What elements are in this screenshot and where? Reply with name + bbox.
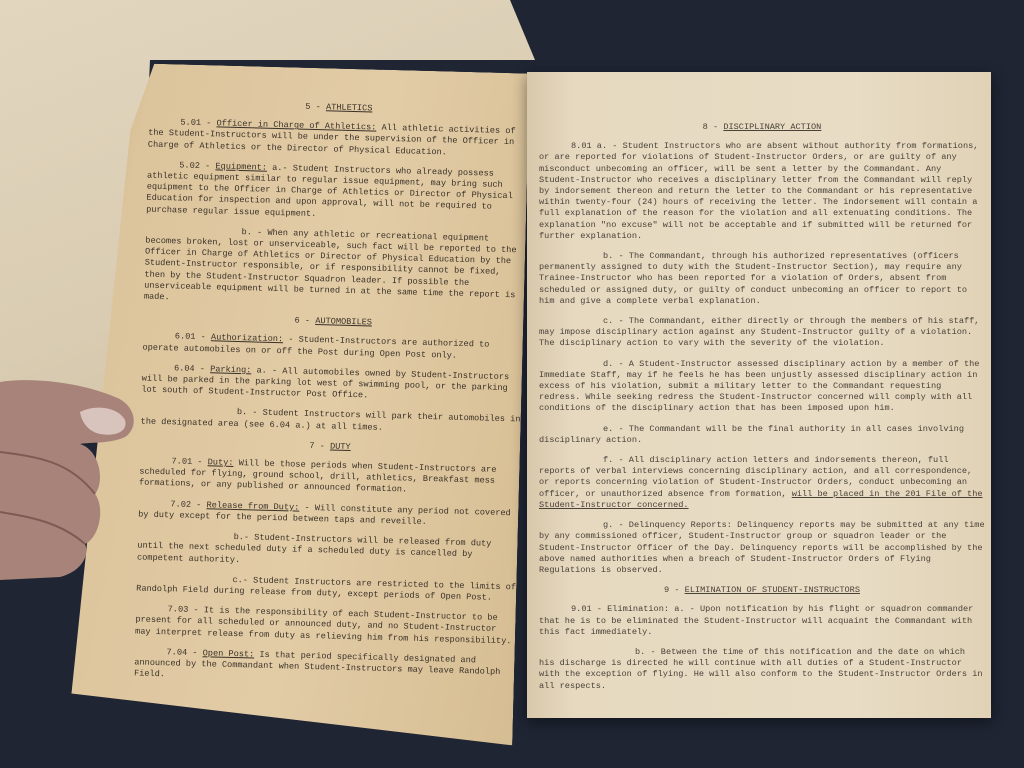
para-title: Elimination:: [607, 604, 669, 614]
para-text: b. - Between the time of this notificati…: [539, 647, 983, 691]
right-page-content: 8 - DISCIPLINARY ACTION 8.01 a. - Studen…: [539, 116, 985, 701]
section-title: DISCIPLINARY ACTION: [723, 122, 821, 132]
section-heading-disciplinary-action: 8 - DISCIPLINARY ACTION: [539, 122, 985, 133]
paragraph-5-02b: b. - When any athletic or recreational e…: [144, 224, 526, 312]
left-page: 5 - ATHLETICS 5.01 - Officer in Charge o…: [70, 62, 529, 745]
paragraph-9-01b: b. - Between the time of this notificati…: [539, 647, 985, 692]
left-page-content: 5 - ATHLETICS 5.01 - Officer in Charge o…: [134, 92, 530, 699]
para-title: Duty:: [208, 457, 234, 468]
paragraph-8-01f: f. - All disciplinary action letters and…: [539, 455, 985, 511]
para-text: Student Instructors who are absent witho…: [539, 141, 978, 241]
para-lead: 7.01 -: [171, 456, 202, 467]
paragraph-8-01c: c. - The Commandant, either directly or …: [539, 316, 985, 350]
paragraph-8-01b: b. - The Commandant, through his authori…: [539, 251, 985, 307]
right-page: 8 - DISCIPLINARY ACTION 8.01 a. - Studen…: [527, 72, 991, 718]
para-title: Parking:: [210, 364, 252, 375]
section-title: DUTY: [330, 441, 351, 452]
para-text: b. - The Commandant, through his authori…: [539, 251, 967, 306]
section-title: AUTOMOBILES: [315, 316, 372, 327]
paragraph-6-04a: 6.04 - Parking: a. - All automobiles own…: [141, 362, 522, 406]
para-text: d. - A Student-Instructor assessed disci…: [539, 359, 979, 414]
section-number: 5 -: [305, 102, 321, 112]
para-lead: 8.01 a. -: [571, 141, 617, 151]
para-lead: 7.03 -: [168, 604, 199, 615]
section-title: ATHLETICS: [326, 102, 373, 113]
paragraph-5-01: 5.01 - Officer in Charge of Athletics: A…: [148, 117, 529, 161]
para-lead: 5.02 -: [179, 160, 210, 171]
para-text: e. - The Commandant will be the final au…: [539, 424, 964, 445]
para-lead: 6.04 -: [174, 363, 205, 374]
para-title: Release from Duty:: [206, 500, 299, 512]
section-title: ELIMINATION OF STUDENT-INSTRUCTORS: [685, 585, 860, 595]
section-number: 7 -: [309, 441, 325, 451]
paragraph-6-04b: b. - Student Instructors will park their…: [140, 405, 520, 437]
section-number: 8 -: [703, 122, 718, 132]
section-heading-athletics: 5 - ATHLETICS: [149, 98, 529, 119]
paragraph-8-01g: g. - Delinquency Reports: Delinquency re…: [539, 520, 985, 576]
para-title: Authorization:: [211, 333, 283, 345]
para-text: c.- Student Instructors are restricted t…: [136, 575, 516, 603]
para-lead: 6.01 -: [175, 332, 206, 343]
paragraph-7-02b: b.- Student-Instructors will be released…: [137, 530, 518, 574]
paragraph-8-01e: e. - The Commandant will be the final au…: [539, 424, 985, 446]
para-text: a. - Upon notification by his flight or …: [539, 604, 973, 636]
paragraph-7-01: 7.01 - Duty: Will be those periods when …: [139, 456, 520, 500]
paragraph-9-01a: 9.01 - Elimination: a. - Upon notificati…: [539, 604, 985, 638]
para-text: b.- Student-Instructors will be released…: [137, 532, 492, 565]
section-number: 9 -: [664, 585, 679, 595]
section-number: 6 -: [294, 316, 310, 326]
para-text: c. - The Commandant, either directly or …: [539, 316, 979, 348]
paragraph-7-03: 7.03 - It is the responsibility of each …: [135, 604, 516, 648]
para-lead: 7.02 -: [170, 499, 201, 510]
paragraph-8-01a: 8.01 a. - Student Instructors who are ab…: [539, 141, 985, 242]
para-title: Equipment:: [215, 161, 267, 172]
paragraph-7-02a: 7.02 - Release from Duty: - Will constit…: [138, 498, 518, 530]
para-text: b. - When any athletic or recreational e…: [144, 227, 517, 302]
para-text: g. - Delinquency Reports: Delinquency re…: [539, 520, 985, 575]
section-heading-elimination: 9 - ELIMINATION OF STUDENT-INSTRUCTORS: [539, 585, 985, 596]
section-heading-automobiles: 6 - AUTOMOBILES: [143, 312, 523, 333]
para-text: b. - Student Instructors will park their…: [140, 407, 520, 432]
para-lead: 9.01 -: [571, 604, 602, 614]
para-lead: 5.01 -: [180, 118, 211, 129]
paragraph-6-01: 6.01 - Authorization: - Student-Instruct…: [142, 331, 522, 363]
para-text: a.- Student Instructors who already poss…: [146, 163, 513, 219]
para-lead: 7.04 -: [166, 647, 197, 658]
paragraph-7-04: 7.04 - Open Post: Is that period specifi…: [134, 646, 515, 690]
paragraph-7-02c: c.- Student Instructors are restricted t…: [136, 572, 516, 604]
paragraph-5-02a: 5.02 - Equipment: a.- Student Instructor…: [146, 159, 527, 225]
paragraph-8-01d: d. - A Student-Instructor assessed disci…: [539, 359, 985, 415]
para-title: Open Post:: [203, 648, 255, 659]
section-heading-duty: 7 - DUTY: [140, 436, 520, 457]
